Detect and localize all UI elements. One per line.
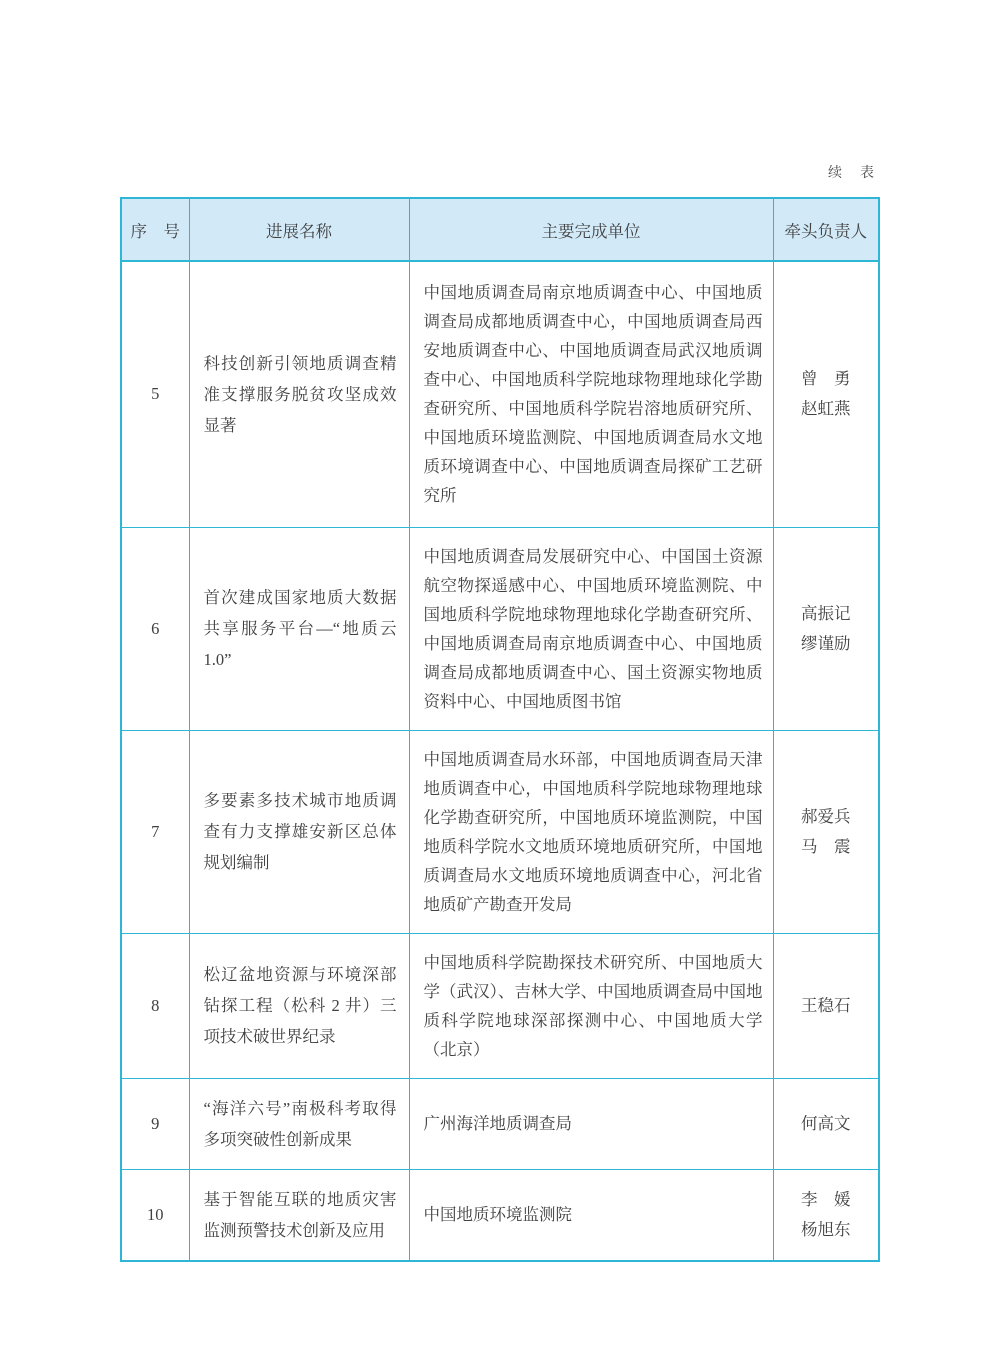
leader-line: 王稳石: [774, 991, 879, 1021]
row-leader: 李 媛 杨旭东: [773, 1169, 879, 1261]
row-name: 首次建成国家地质大数据共享服务平台—“地质云 1.0”: [189, 527, 409, 730]
header-row: 序 号 进展名称 主要完成单位 牵头负责人: [121, 198, 879, 261]
table-row: 6 首次建成国家地质大数据共享服务平台—“地质云 1.0” 中国地质调查局发展研…: [121, 527, 879, 730]
table-row: 10 基于智能互联的地质灾害监测预警技术创新及应用 中国地质环境监测院 李 媛 …: [121, 1169, 879, 1261]
row-name: 多要素多技术城市地质调查有力支撑雄安新区总体规划编制: [189, 730, 409, 933]
row-no: 7: [121, 730, 189, 933]
col-header-leader: 牵头负责人: [773, 198, 879, 261]
leader-line: 马 震: [774, 832, 879, 862]
row-units: 中国地质调查局水环部，中国地质调查局天津地质调查中心，中国地质科学院地球物理地球…: [409, 730, 773, 933]
col-header-name: 进展名称: [189, 198, 409, 261]
row-no: 9: [121, 1078, 189, 1169]
leader-line: 缪谨励: [774, 629, 879, 659]
table-row: 7 多要素多技术城市地质调查有力支撑雄安新区总体规划编制 中国地质调查局水环部，…: [121, 730, 879, 933]
leader-line: 赵虹燕: [774, 394, 879, 424]
row-leader: 郝爱兵 马 震: [773, 730, 879, 933]
row-units: 中国地质调查局南京地质调查中心、中国地质调查局成都地质调查中心，中国地质调查局西…: [409, 261, 773, 527]
row-leader: 曾 勇 赵虹燕: [773, 261, 879, 527]
table-row: 8 松辽盆地资源与环境深部钻探工程（松科 2 井）三项技术破世界纪录 中国地质科…: [121, 933, 879, 1078]
row-leader: 高振记 缪谨励: [773, 527, 879, 730]
row-no: 8: [121, 933, 189, 1078]
continued-table-label: 续 表: [828, 162, 876, 182]
row-units: 广州海洋地质调查局: [409, 1078, 773, 1169]
table-row: 5 科技创新引领地质调查精准支撑服务脱贫攻坚成效显著 中国地质调查局南京地质调查…: [121, 261, 879, 527]
row-no: 5: [121, 261, 189, 527]
row-name: “海洋六号”南极科考取得多项突破性创新成果: [189, 1078, 409, 1169]
progress-table: 序 号 进展名称 主要完成单位 牵头负责人 5 科技创新引领地质调查精准支撑服务…: [120, 197, 880, 1262]
row-leader: 何高文: [773, 1078, 879, 1169]
row-units: 中国地质环境监测院: [409, 1169, 773, 1261]
row-no: 10: [121, 1169, 189, 1261]
leader-line: 李 媛: [774, 1185, 879, 1215]
leader-line: 郝爱兵: [774, 802, 879, 832]
row-name: 松辽盆地资源与环境深部钻探工程（松科 2 井）三项技术破世界纪录: [189, 933, 409, 1078]
row-no: 6: [121, 527, 189, 730]
row-name: 基于智能互联的地质灾害监测预警技术创新及应用: [189, 1169, 409, 1261]
leader-line: 何高文: [774, 1109, 879, 1139]
col-header-no: 序 号: [121, 198, 189, 261]
leader-line: 杨旭东: [774, 1215, 879, 1245]
row-units: 中国地质科学院勘探技术研究所、中国地质大学（武汉）、吉林大学、中国地质调查局中国…: [409, 933, 773, 1078]
row-units: 中国地质调查局发展研究中心、中国国土资源航空物探遥感中心、中国地质环境监测院、中…: [409, 527, 773, 730]
row-name: 科技创新引领地质调查精准支撑服务脱贫攻坚成效显著: [189, 261, 409, 527]
row-leader: 王稳石: [773, 933, 879, 1078]
leader-line: 曾 勇: [774, 364, 879, 394]
leader-line: 高振记: [774, 599, 879, 629]
table-row: 9 “海洋六号”南极科考取得多项突破性创新成果 广州海洋地质调查局 何高文: [121, 1078, 879, 1169]
col-header-units: 主要完成单位: [409, 198, 773, 261]
